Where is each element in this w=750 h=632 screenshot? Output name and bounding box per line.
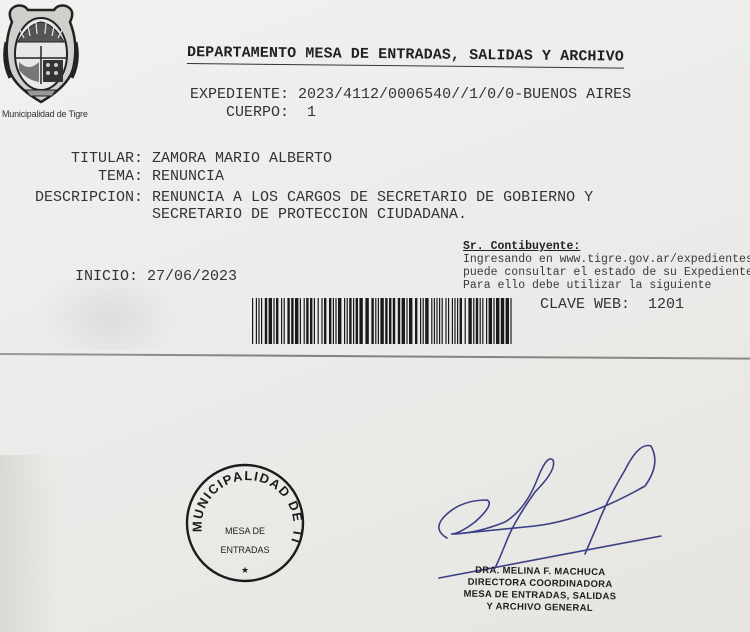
clave-web-value: 1201	[648, 296, 684, 313]
fold-divider	[0, 353, 750, 360]
stamp-center-line2: ENTRADAS	[220, 545, 269, 555]
coat-of-arms-icon	[2, 2, 80, 106]
descripcion-line1: RENUNCIA A LOS CARGOS DE SECRETARIO DE G…	[152, 189, 593, 206]
descripcion-row: DESCRIPCION: RENUNCIA A LOS CARGOS DE SE…	[0, 189, 593, 206]
star-icon: ★	[241, 566, 249, 576]
paper-shadow	[0, 455, 60, 632]
inicio-value: 27/06/2023	[147, 268, 237, 285]
inicio-label: INICIO:	[75, 268, 138, 285]
titular-label: TITULAR:	[0, 150, 143, 167]
cuerpo-value: 1	[307, 104, 316, 121]
descripcion-label: DESCRIPCION:	[0, 189, 143, 206]
department-title: DEPARTAMENTO MESA DE ENTRADAS, SALIDAS Y…	[187, 44, 624, 69]
notice-line2: puede consultar el estado de su Expedien…	[463, 266, 750, 279]
expediente-label: EXPEDIENTE:	[190, 86, 289, 103]
signatory-block: DRA. MELINA F. MACHUCA DIRECTORA COORDIN…	[440, 564, 641, 615]
municipal-stamp: MUNICIPALIDAD DE TIGRE MESA DE ENTRADAS …	[180, 462, 310, 584]
clave-web-row: CLAVE WEB: 1201	[540, 296, 684, 313]
expediente-row: EXPEDIENTE: 2023/4112/0006540//1/0/0-BUE…	[190, 86, 631, 103]
descripcion-line2: SECRETARIO DE PROTECCION CIUDADANA.	[152, 206, 467, 223]
taxpayer-notice: Sr. Contibuyente: Ingresando en www.tigr…	[463, 240, 750, 292]
barcode-icon	[252, 298, 514, 344]
cuerpo-label: CUERPO:	[226, 104, 289, 121]
expediente-value: 2023/4112/0006540//1/0/0-BUENOS AIRES	[298, 86, 631, 103]
notice-heading: Sr. Contibuyente:	[463, 240, 580, 253]
notice-line1: Ingresando en www.tigre.gov.ar/expedient…	[463, 253, 750, 266]
cuerpo-row: CUERPO: 1	[226, 104, 316, 121]
handwritten-signature	[425, 430, 685, 580]
tema-label: TEMA:	[0, 168, 143, 185]
tema-value: RENUNCIA	[152, 168, 224, 185]
titular-row: TITULAR: ZAMORA MARIO ALBERTO	[0, 150, 332, 167]
clave-web-label: CLAVE WEB:	[540, 296, 630, 313]
tema-row: TEMA: RENUNCIA	[0, 168, 224, 185]
titular-value: ZAMORA MARIO ALBERTO	[152, 150, 332, 167]
organization-label: Municipalidad de Tigre	[2, 109, 88, 119]
stamp-center-line1: MESA DE	[225, 526, 265, 536]
inicio-row: INICIO: 27/06/2023	[75, 268, 237, 285]
notice-line3: Para ello debe utilizar la siguiente	[463, 279, 711, 292]
